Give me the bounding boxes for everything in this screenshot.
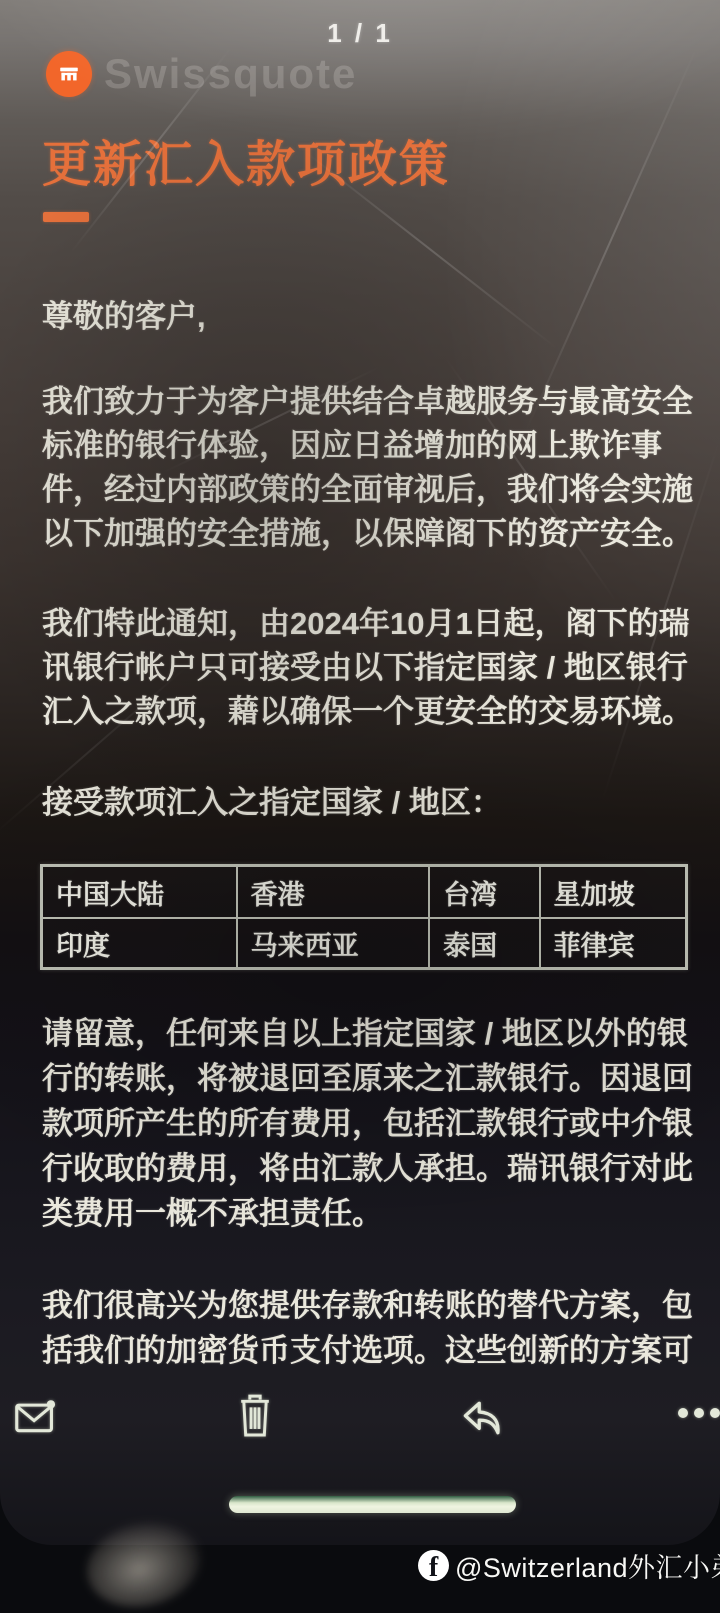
greeting-text: 尊敬的客户, [42,295,702,339]
table-cell: 香港 [236,867,429,917]
phone-screen: 1 / 1 Swissquote 更新汇入款项政策 尊敬的客户, 我们致力于为客… [0,0,720,1545]
document-title: 更新汇入款项政策 [42,126,450,196]
table-cell: 星加坡 [539,867,685,917]
table-cell: 马来西亚 [236,917,429,967]
table-cell: 菲律宾 [539,917,685,967]
mail-icon[interactable] [13,1396,57,1438]
facebook-icon: f [418,1550,449,1581]
paragraph-warning: 请留意，任何来自以上指定国家 / 地区以外的银 行的转账，将被退回至原来之汇款银… [42,1011,702,1236]
trash-icon[interactable] [236,1393,274,1439]
more-icon[interactable] [676,1406,720,1420]
table-cell: 泰国 [428,917,538,967]
bank-glyph-icon [55,60,83,88]
watermark: f @Switzerland外汇小弟 [418,1546,720,1585]
swissquote-logo-icon [46,51,92,97]
home-indicator[interactable] [229,1496,516,1513]
watermark-handle: @Switzerland外汇小弟 [455,1546,720,1585]
paragraph-intro: 我们致力于为客户提供结合卓越服务与最高安全 标准的银行体验，因应日益增加的网上欺… [42,380,702,556]
table-cell: 中国大陆 [43,867,236,917]
paragraph-alternatives: 我们很高兴为您提供存款和转账的替代方案，包 括我们的加密货币支付选项。这些创新的… [42,1283,702,1373]
table-cell: 印度 [43,917,236,967]
page-indicator: 1 / 1 [0,18,720,49]
table-cell: 台湾 [428,867,538,917]
reply-icon[interactable] [458,1397,506,1439]
brand-name: Swissquote [104,50,357,98]
title-accent-dash [43,212,89,222]
phone-photo: 1 / 1 Swissquote 更新汇入款项政策 尊敬的客户, 我们致力于为客… [0,0,720,1613]
regions-table-label: 接受款项汇入之指定国家 / 地区： [42,781,702,825]
paragraph-notice: 我们特此通知，由2024年10月1日起，阁下的瑞 讯银行帐户只可接受由以下指定国… [42,602,702,734]
scratch-overlay [525,48,698,433]
approved-regions-table: 中国大陆 香港 台湾 星加坡 印度 马来西亚 泰国 菲律宾 [40,864,688,970]
facebook-f-glyph: f [429,1554,438,1581]
